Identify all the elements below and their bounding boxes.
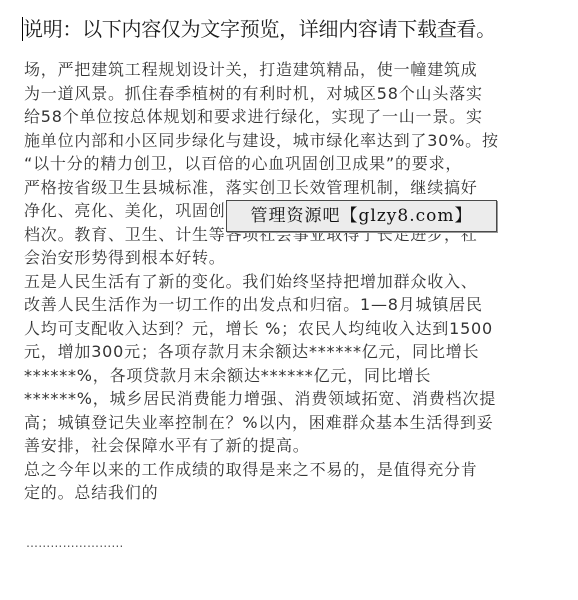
document-line: 严格按省级卫生县城标准，落实创卫长效管理机制，继续搞好 <box>24 176 554 200</box>
document-line: ******%，城乡居民消费能力增强、消费领域拓宽、消费档次提 <box>24 387 554 411</box>
truncation-ellipsis: …………………… <box>26 536 124 550</box>
document-line: ******%，各项贷款月末余额达******亿元，同比增长 <box>24 364 554 388</box>
preview-notice: 说明：以下内容仅为文字预览，详细内容请下载查看。 <box>22 16 496 42</box>
document-line: 善安排，社会保障水平有了新的提高。 <box>24 434 554 458</box>
document-line: 为一道风景。抓住春季植树的有利时机，对城区58个山头落实 <box>24 82 554 106</box>
document-line: 改善人民生活作为一切工作的出发点和归宿。1—8月城镇居民 <box>24 293 554 317</box>
document-line: 人均可支配收入达到？元，增长 %；农民人均纯收入达到1500 <box>24 317 554 341</box>
document-body: 场，严把建筑工程规划设计关，打造建筑精品，使一幢建筑成 为一道风景。抓住春季植树… <box>24 58 554 505</box>
preview-notice-text: 说明：以下内容仅为文字预览，详细内容请下载查看。 <box>23 17 496 41</box>
document-line: 五是人民生活有了新的变化。我们始终坚持把增加群众收入、 <box>24 270 554 294</box>
document-line: 总之今年以来的工作成绩的取得是来之不易的，是值得充分肯 <box>24 458 554 482</box>
document-line: 定的。总结我们的 <box>24 481 554 505</box>
document-line: “以十分的精力创卫，以百倍的心血巩固创卫成果”的要求， <box>24 152 554 176</box>
watermark-banner: 管理资源吧【glzy8.com】 <box>226 200 497 232</box>
document-line: 场，严把建筑工程规划设计关，打造建筑精品，使一幢建筑成 <box>24 58 554 82</box>
document-line: 施单位内部和小区同步绿化与建设，城市绿化率达到了30%。按 <box>24 129 554 153</box>
document-line: 元，增加300元；各项存款月末余额达******亿元，同比增长 <box>24 340 554 364</box>
document-line: 会治安形势得到根本好转。 <box>24 246 554 270</box>
document-line: 给58个单位按总体规划和要求进行绿化，实现了一山一景。实 <box>24 105 554 129</box>
document-line: 高；城镇登记失业率控制在？%以内，困难群众基本生活得到妥 <box>24 411 554 435</box>
